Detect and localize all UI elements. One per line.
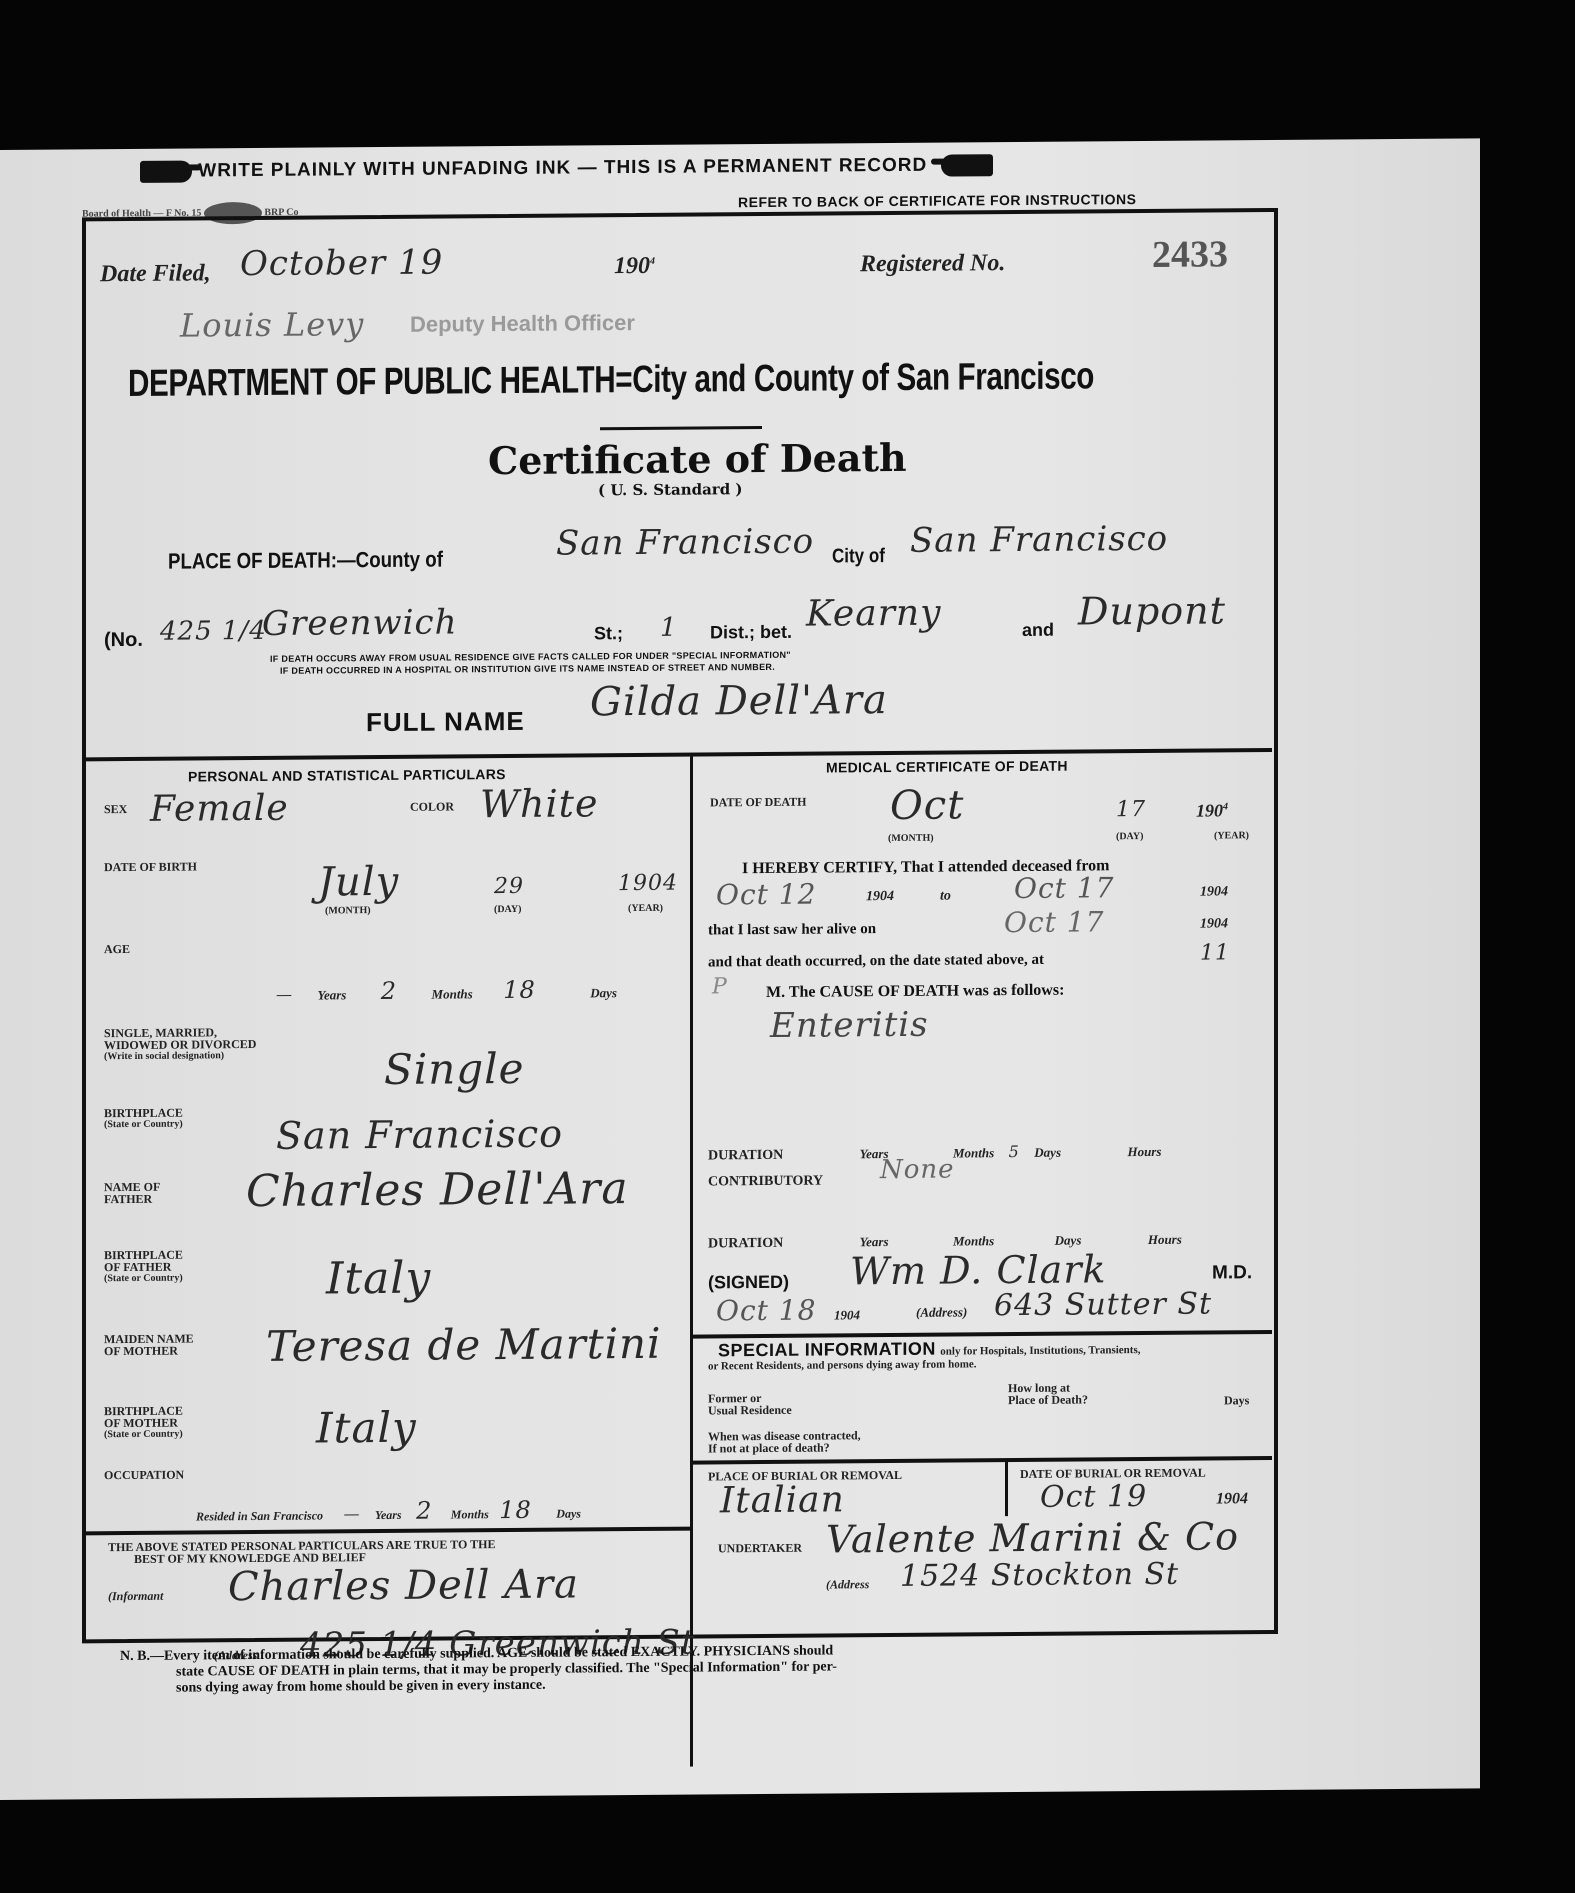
dod-day-caption: (Day): [1116, 831, 1143, 843]
street-label: St.;: [594, 623, 623, 644]
and-label: and: [1022, 620, 1054, 641]
meridiem: P: [712, 974, 728, 999]
father-birthplace-label: BIRTHPLACE OF FATHER (State or Country): [104, 1249, 183, 1286]
how-long-label: How long at Place of Death?: [1008, 1381, 1088, 1406]
from-year: 1904: [866, 889, 894, 905]
contributory-value: None: [880, 1155, 955, 1186]
md-label: M.D.: [1212, 1262, 1252, 1284]
pointing-hand-icon: [140, 160, 192, 182]
place-of-death-label: PLACE OF DEATH:—County of: [168, 547, 443, 575]
father-label: NAME OF FATHER: [104, 1181, 160, 1205]
physician-address: 643 Sutter St: [994, 1286, 1212, 1323]
full-name-value: Gilda Dell'Ara: [590, 677, 888, 725]
date-filed-label: Date Filed,: [100, 260, 211, 288]
date-filed-year: 1904: [614, 253, 655, 280]
instructions-note: REFER TO BACK OF CERTIFICATE FOR INSTRUC…: [738, 191, 1136, 210]
column-divider: [690, 757, 693, 1767]
dob-year: 1904: [618, 871, 678, 896]
physician-signature: Wm D. Clark: [850, 1247, 1107, 1293]
cause-intro: M. The CAUSE OF DEATH was as follows:: [766, 982, 1064, 1002]
department-title: DEPARTMENT OF PUBLIC HEALTH=City and Cou…: [128, 355, 1094, 406]
undertaker-label: UNDERTAKER: [718, 1542, 802, 1555]
warning-right: THIS IS A PERMANENT RECORD: [604, 155, 927, 179]
attended-from: Oct 12: [716, 878, 816, 912]
sex-value: Female: [150, 788, 289, 830]
full-name-label: FULL NAME: [366, 706, 525, 738]
dob-month: July: [318, 859, 399, 906]
day-caption: (Day): [494, 904, 521, 916]
contracted-label: When was disease contracted, If not at p…: [708, 1429, 861, 1454]
resided-row: Resided in San Francisco — Years 2 Month…: [196, 1495, 581, 1526]
last-saw-text: that I last saw her alive on: [708, 921, 876, 939]
how-long-days-label: Days: [1224, 1394, 1249, 1406]
mother-value: Teresa de Martini: [266, 1319, 662, 1371]
signed-date: Oct 18: [716, 1294, 816, 1328]
certificate-title: Certificate of Death: [488, 435, 907, 483]
between-street-2: Dupont: [1078, 588, 1226, 633]
color-label: COLOR: [410, 800, 454, 812]
color-value: White: [480, 781, 598, 826]
pointing-hand-icon: [941, 154, 993, 176]
street-number-label: (No.: [104, 629, 143, 652]
father-birthplace-value: Italy: [326, 1253, 431, 1305]
between-street-1: Kearny: [806, 593, 941, 635]
former-residence-label: Former or Usual Residence: [708, 1392, 792, 1417]
medical-heading: MEDICAL CERTIFICATE OF DEATH: [826, 758, 1068, 776]
registered-label: Registered No.: [860, 250, 1005, 278]
date-filed-value: October 19: [240, 243, 443, 285]
street-value: Greenwich: [262, 602, 457, 644]
death-occurred-text: and that death occurred, on the date sta…: [708, 952, 1044, 972]
street-number-value: 425 1/4: [160, 616, 267, 647]
occupation-label: OCCUPATION: [104, 1469, 184, 1482]
dob-label: DATE OF BIRTH: [104, 860, 197, 873]
registered-number: 2433: [1152, 232, 1228, 277]
birthplace-value: San Francisco: [276, 1112, 563, 1158]
last-saw-year: 1904: [1200, 916, 1228, 932]
burial-column-divider: [1005, 1460, 1008, 1516]
dod-month: Oct: [890, 782, 964, 829]
mother-birthplace-label: BIRTHPLACE OF MOTHER (State or Country): [104, 1405, 183, 1442]
undertaker-value: Valente Marini & Co: [826, 1514, 1239, 1561]
contributory-label: CONTRIBUTORY: [708, 1176, 823, 1189]
county-value: San Francisco: [556, 522, 814, 564]
death-hour: 11: [1200, 940, 1230, 965]
to-year: 1904: [1200, 884, 1228, 900]
informant-statement: THE ABOVE STATED PERSONAL PARTICULARS AR…: [108, 1538, 495, 1565]
month-caption: (Month): [325, 905, 371, 917]
warning-banner: WRITE PLAINLY WITH UNFADING INK — THIS I…: [140, 154, 993, 183]
dod-year: 1904: [1196, 800, 1228, 821]
mother-birthplace-value: Italy: [316, 1403, 417, 1453]
burial-year-value: 1904: [1216, 1490, 1248, 1508]
city-label: City of: [832, 545, 885, 568]
age-label: AGE: [104, 943, 130, 955]
undertaker-address-label: (Address: [826, 1577, 869, 1592]
marital-label: SINGLE, MARRIED, WIDOWED OR DIVORCED (Wr…: [104, 1026, 256, 1063]
district-label: Dist.; bet.: [710, 622, 792, 644]
city-value: San Francisco: [910, 519, 1168, 561]
officer-signature: Louis Levy: [180, 305, 364, 344]
footer-note: N. B.—Every item of information should b…: [120, 1643, 837, 1697]
dod-year-caption: (Year): [1214, 830, 1249, 842]
informant-name: Charles Dell Ara: [228, 1561, 579, 1610]
attended-to: Oct 17: [1014, 871, 1114, 905]
us-standard: ( U. S. Standard ): [598, 480, 743, 499]
signed-year: 1904: [834, 1307, 860, 1323]
dob-day: 29: [494, 874, 524, 899]
year-caption: (Year): [628, 903, 663, 915]
certificate-paper: WRITE PLAINLY WITH UNFADING INK — THIS I…: [0, 138, 1480, 1800]
age-value: — Years 2 Months 18 Days: [276, 975, 617, 1006]
last-saw-date: Oct 17: [1004, 905, 1104, 939]
cause-value: Enteritis: [770, 1005, 929, 1046]
burial-place-value: Italian: [720, 1479, 845, 1521]
dod-day: 17: [1116, 797, 1146, 822]
district-value: 1: [660, 613, 678, 643]
personal-heading: PERSONAL AND STATISTICAL PARTICULARS: [188, 766, 506, 784]
burial-date-value: Oct 19: [1040, 1479, 1147, 1515]
dod-label: DATE OF DEATH: [710, 796, 806, 809]
mother-label: MAIDEN NAME OF MOTHER: [104, 1332, 194, 1357]
special-heading-note: or Recent Residents, and persons dying a…: [708, 1358, 977, 1372]
burial-date-label: DATE of BURIAL or REMOVAL: [1020, 1467, 1206, 1480]
informant-label: (Informant: [108, 1589, 163, 1604]
dod-month-caption: (Month): [888, 833, 934, 845]
father-value: Charles Dell'Ara: [246, 1163, 629, 1217]
signed-label: (SIGNED): [708, 1272, 789, 1294]
warning-left: WRITE PLAINLY WITH UNFADING INK: [198, 158, 571, 182]
officer-title: Deputy Health Officer: [410, 310, 635, 338]
marital-value: Single: [384, 1044, 524, 1094]
physician-address-label: (Address): [916, 1304, 967, 1320]
to-label: to: [940, 889, 951, 905]
sex-label: SEX: [104, 803, 127, 815]
birthplace-label: BIRTHPLACE (State or Country): [104, 1107, 183, 1132]
undertaker-address: 1524 Stockton St: [900, 1557, 1179, 1594]
